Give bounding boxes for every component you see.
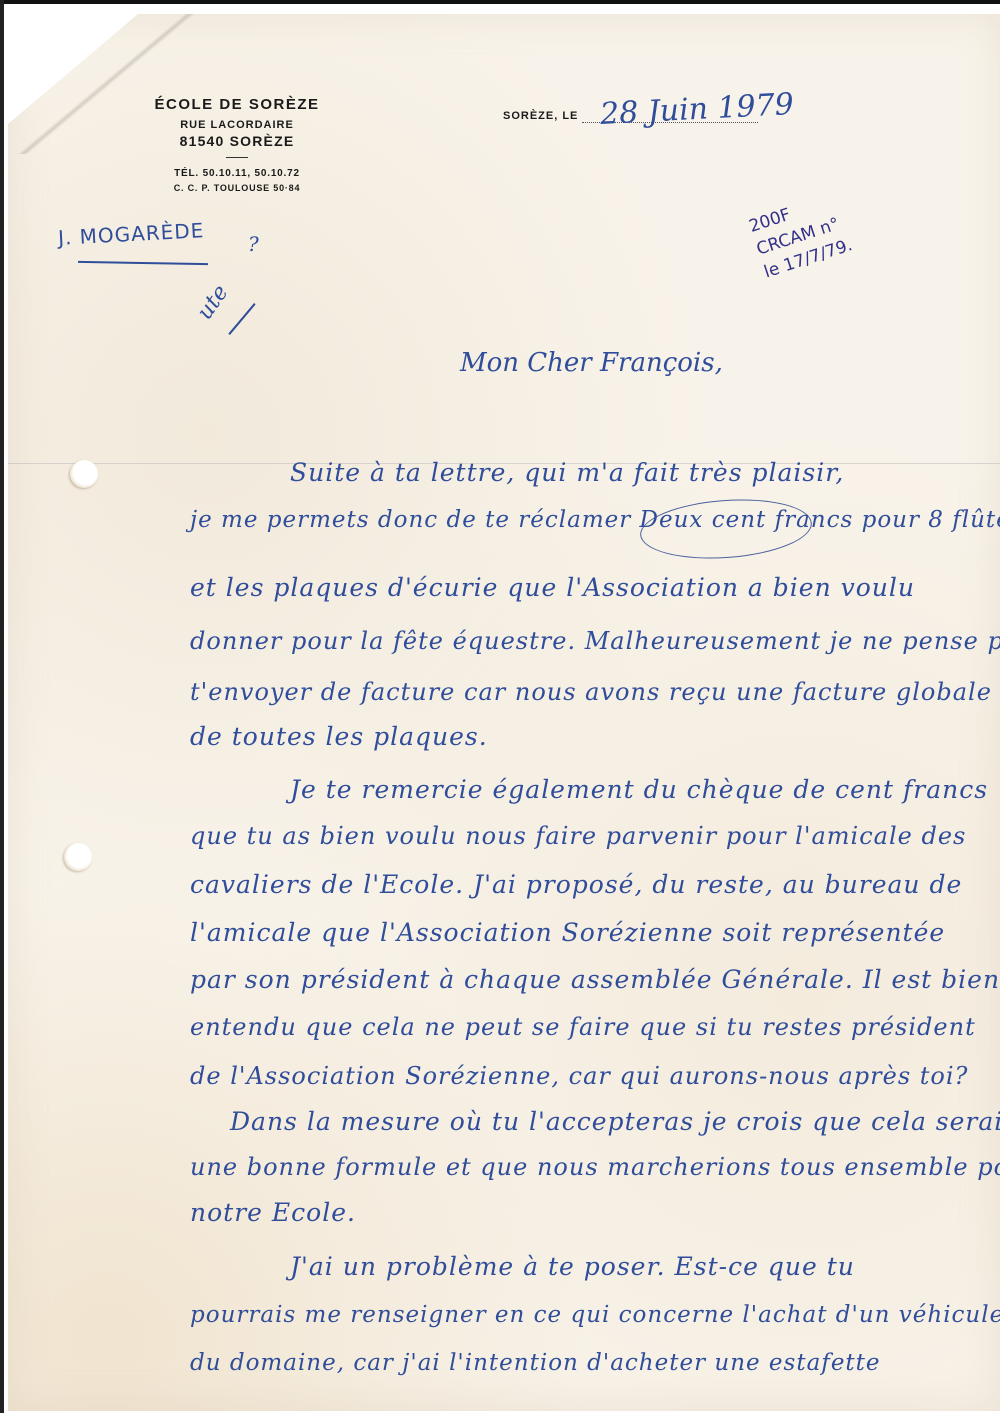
punch-hole-top bbox=[70, 460, 98, 488]
letter-line: Suite à ta lettre, qui m'a fait très pla… bbox=[290, 458, 844, 487]
scan-edge-left bbox=[0, 0, 4, 1413]
letter-line: que tu as bien voulu nous faire parvenir… bbox=[190, 822, 966, 850]
letter-line: entendu que cela ne peut se faire que si… bbox=[190, 1013, 976, 1041]
letter-line: pourrais me renseigner en ce qui concern… bbox=[190, 1302, 1000, 1328]
letter-line: notre Ecole. bbox=[190, 1198, 356, 1227]
letter-line: du domaine, car j'ai l'intention d'achet… bbox=[190, 1350, 881, 1376]
punch-hole-bottom bbox=[64, 843, 92, 871]
margin-question-mark: ? bbox=[248, 232, 259, 256]
letter-line: t'envoyer de facture car nous avons reçu… bbox=[190, 678, 992, 706]
dateline-label: SORÈZE, LE bbox=[503, 110, 578, 122]
letter-line: une bonne formule et que nous marcherion… bbox=[190, 1153, 1000, 1181]
letterhead-divider bbox=[226, 157, 248, 158]
letter-line: de toutes les plaques. bbox=[190, 722, 488, 751]
letter-line: cavaliers de l'Ecole. J'ai proposé, du r… bbox=[190, 870, 962, 899]
letter-line: Je te remercie également du chèque de ce… bbox=[290, 775, 988, 804]
letter-line: je me permets donc de te réclamer Deux c… bbox=[190, 507, 1000, 533]
letter-line: J'ai un problème à te poser. Est-ce que … bbox=[290, 1252, 855, 1281]
letter-line: de l'Association Sorézienne, car qui aur… bbox=[190, 1062, 968, 1090]
letterhead: ÉCOLE DE SORÈZE RUE LACORDAIRE 81540 SOR… bbox=[108, 96, 348, 193]
school-city: 81540 SORÈZE bbox=[126, 133, 348, 149]
school-postal-account: C. C. P. TOULOUSE 50·84 bbox=[126, 183, 348, 193]
school-name: ÉCOLE DE SORÈZE bbox=[126, 96, 348, 113]
letter-line: donner pour la fête équestre. Malheureus… bbox=[190, 627, 1000, 655]
letter-line: l'amicale que l'Association Sorézienne s… bbox=[190, 918, 945, 947]
school-street: RUE LACORDAIRE bbox=[126, 119, 348, 131]
letter-line: par son président à chaque assemblée Gén… bbox=[190, 965, 1000, 994]
scan-edge-top bbox=[0, 0, 1000, 4]
letter-line: Dans la mesure où tu l'accepteras je cro… bbox=[230, 1107, 1000, 1136]
letter-line: et les plaques d'écurie que l'Associatio… bbox=[190, 573, 915, 602]
salutation: Mon Cher François, bbox=[460, 348, 723, 378]
school-telephone: TÉL. 50.10.11, 50.10.72 bbox=[126, 168, 348, 179]
